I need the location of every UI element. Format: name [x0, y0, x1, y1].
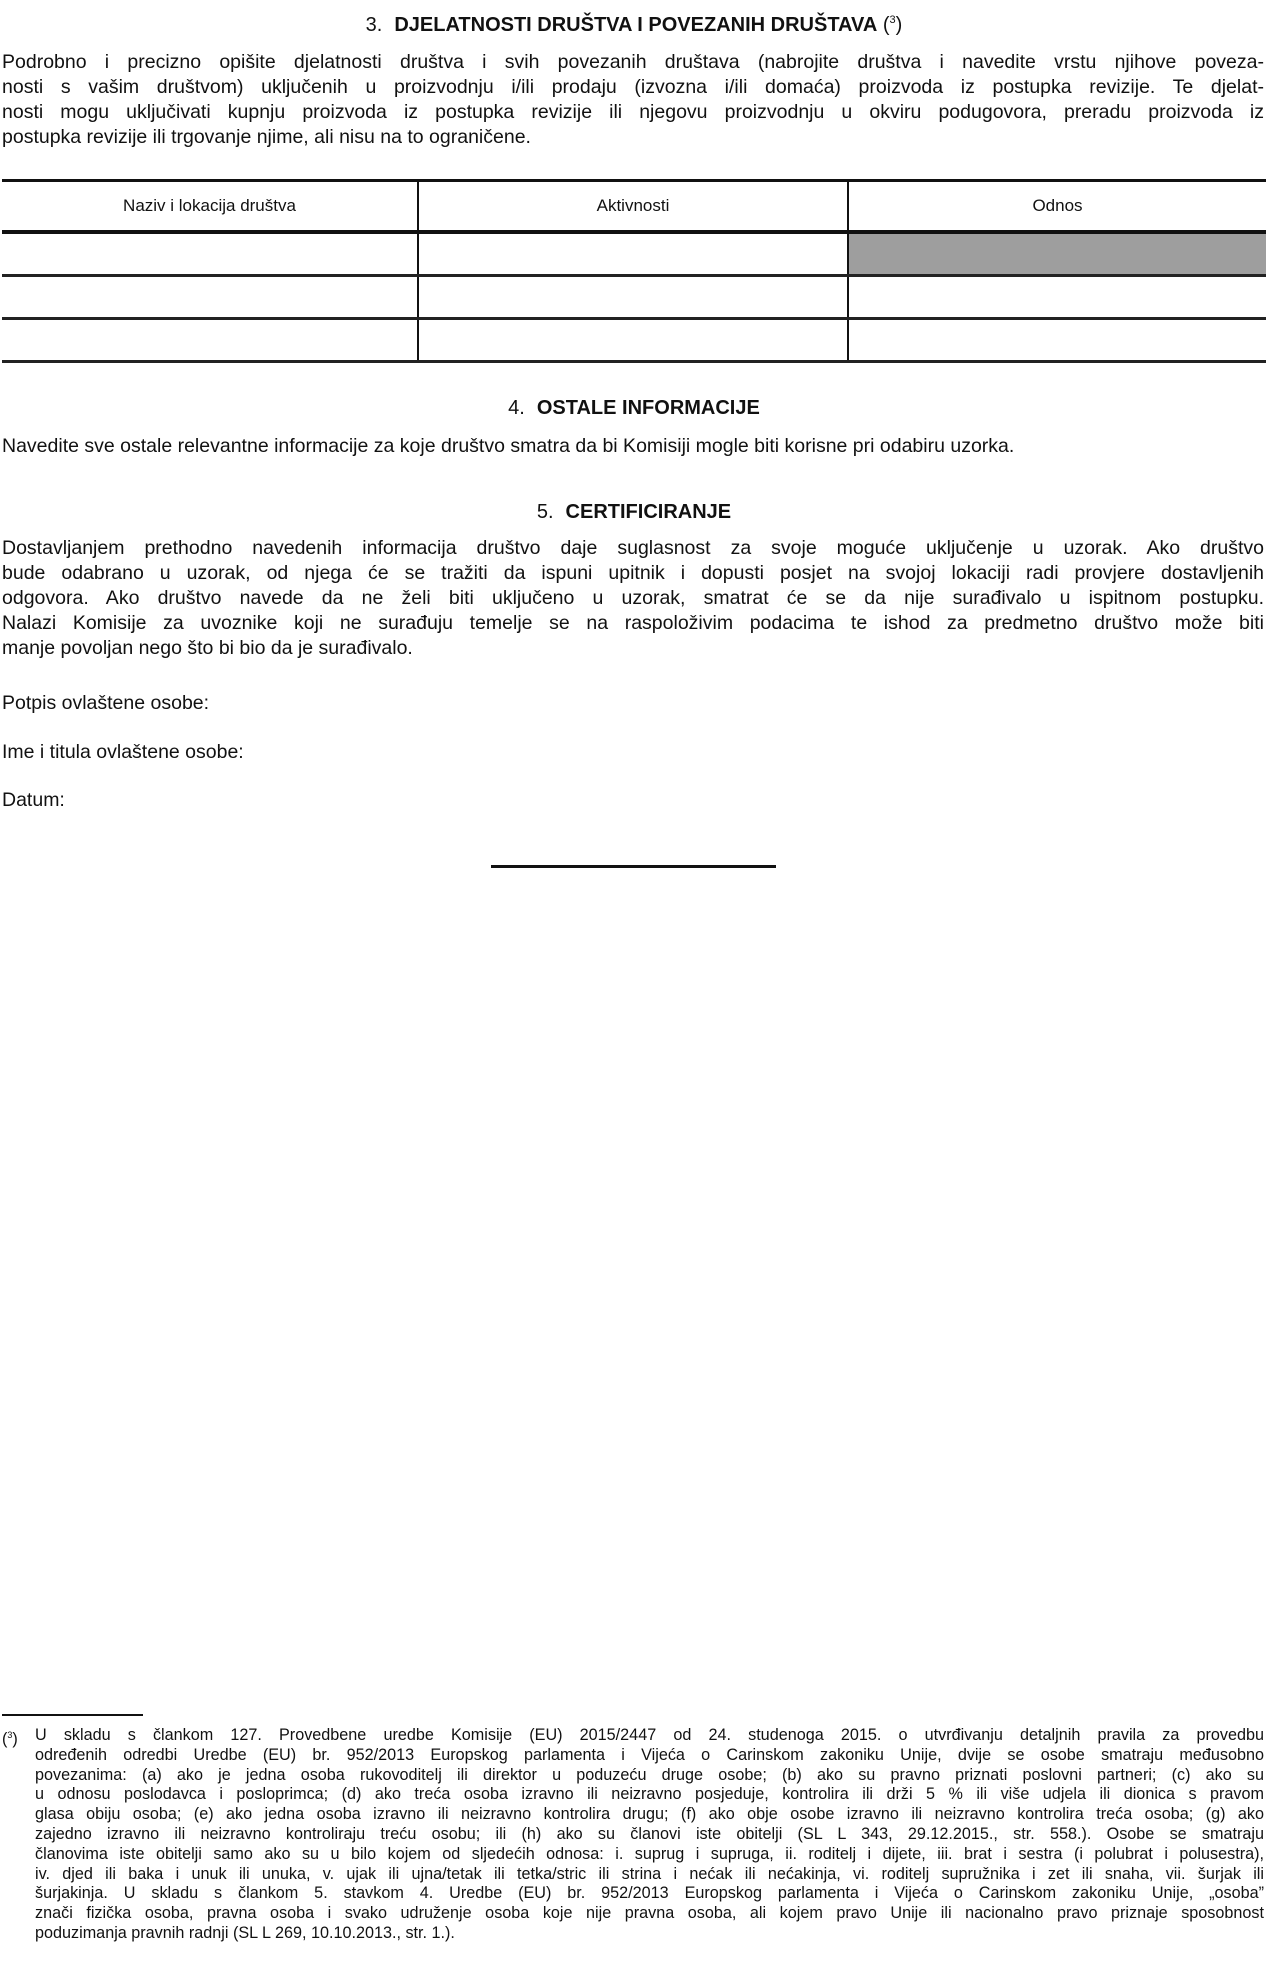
table-cell[interactable] — [418, 319, 848, 362]
paragraph-line: Nalazi Komisije za uvoznike koji ne sura… — [2, 611, 1264, 636]
column-header-activities: Aktivnosti — [418, 181, 848, 233]
footnote-line: znači fizička osoba, pravna osoba i svak… — [35, 1904, 1264, 1924]
paragraph-line: Podrobno i precizno opišite djelatnosti … — [2, 50, 1264, 75]
section-number: 4. — [508, 397, 525, 419]
table-row — [2, 276, 1266, 319]
footnote-reference[interactable]: (3) — [883, 14, 902, 36]
footnote-line: šurjakinja. U skladu s člankom 5. stavko… — [35, 1884, 1264, 1904]
signature-label: Potpis ovlaštene osobe: — [2, 691, 209, 715]
footnote-line: zajedno izravno ili neizravno kontrolira… — [35, 1825, 1264, 1845]
paragraph-line: nosti mogu uključivati kupnju proizvoda … — [2, 100, 1264, 125]
footnote-line: poduzimanja pravnih radnji (SL L 269, 10… — [35, 1924, 1264, 1944]
footnote-line: članovima iste obitelji samo ako su u bi… — [35, 1845, 1264, 1865]
section-number: 5. — [537, 501, 554, 523]
footnote-marker: (3) — [2, 1726, 18, 1750]
shaded-table-cell — [848, 232, 1266, 276]
table-header-row: Naziv i lokacija društva Aktivnosti Odno… — [2, 181, 1266, 233]
section-4-paragraph: Navedite sve ostale relevantne informaci… — [2, 434, 1264, 459]
footnote-line: iv. djed ili baka i unuk ili unuka, v. u… — [35, 1865, 1264, 1885]
footnote-line: određenih odredbi Uredbe (EU) br. 952/20… — [35, 1746, 1264, 1766]
table-cell[interactable] — [2, 232, 418, 276]
name-title-label: Ime i titula ovlaštene osobe: — [2, 740, 244, 764]
footnote-line: U skladu s člankom 127. Provedbene uredb… — [35, 1726, 1264, 1746]
section-3-heading: 3.DJELATNOSTI DRUŠTVA I POVEZANIH DRUŠTA… — [0, 8, 1268, 37]
paragraph-line: manje povoljan nego što bi bio da je sur… — [2, 636, 1264, 661]
table-cell[interactable] — [2, 276, 418, 319]
table-row — [2, 319, 1266, 362]
section-5-paragraph: Dostavljanjem prethodno navedenih inform… — [2, 536, 1264, 661]
column-header-relationship: Odnos — [848, 181, 1266, 233]
table-cell[interactable] — [2, 319, 418, 362]
section-5-heading: 5.CERTIFICIRANJE — [0, 500, 1268, 524]
column-header-name-location: Naziv i lokacija društva — [2, 181, 418, 233]
section-4-heading: 4.OSTALE INFORMACIJE — [0, 396, 1268, 420]
footnote-line: u odnosu poslodavca i posloprimca; (d) a… — [35, 1785, 1264, 1805]
table-row — [2, 232, 1266, 276]
section-number: 3. — [366, 14, 383, 36]
section-title: DJELATNOSTI DRUŠTVA I POVEZANIH DRUŠTAVA — [394, 14, 877, 36]
table-cell[interactable] — [418, 276, 848, 319]
footnote-separator — [2, 1714, 143, 1716]
paragraph-line: odgovora. Ako društvo navede da ne želi … — [2, 586, 1264, 611]
end-of-form-rule — [491, 865, 776, 868]
date-label: Datum: — [2, 788, 65, 812]
section-title: CERTIFICIRANJE — [566, 501, 732, 523]
paragraph-line: postupka revizije ili trgovanje njime, a… — [2, 125, 1264, 150]
table-cell[interactable] — [848, 319, 1266, 362]
paragraph-line: Dostavljanjem prethodno navedenih inform… — [2, 536, 1264, 561]
footnote-line: povezanima: (a) ako je jedna osoba rukov… — [35, 1766, 1264, 1786]
paragraph-line: nosti s vašim društvom) uključenih u pro… — [2, 75, 1264, 100]
paragraph-line: Navedite sve ostale relevantne informaci… — [2, 434, 1264, 459]
paragraph-line: bude odabrano u uzorak, od njega će se t… — [2, 561, 1264, 586]
footnote-line: glasa obiju osoba; (e) ako jedna osoba i… — [35, 1805, 1264, 1825]
table-cell[interactable] — [848, 276, 1266, 319]
section-title: OSTALE INFORMACIJE — [537, 397, 760, 419]
table-cell[interactable] — [418, 232, 848, 276]
footnote-text: U skladu s člankom 127. Provedbene uredb… — [35, 1726, 1264, 1944]
section-3-paragraph: Podrobno i precizno opišite djelatnosti … — [2, 50, 1264, 150]
related-companies-table: Naziv i lokacija društva Aktivnosti Odno… — [2, 179, 1266, 363]
